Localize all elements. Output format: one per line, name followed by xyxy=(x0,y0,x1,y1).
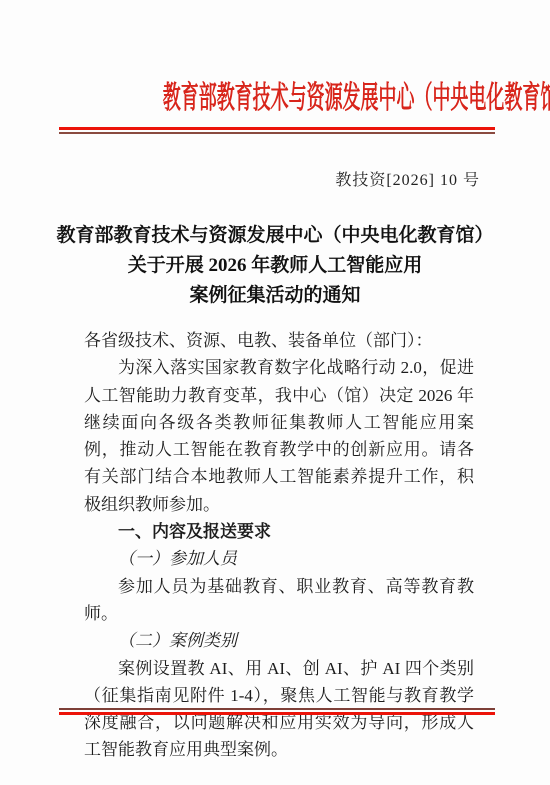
footer-divider-red-stroke xyxy=(59,712,495,715)
footer-divider-dark-stroke xyxy=(59,708,495,710)
letterhead-title: 教育部教育技术与资源发展中心（中央电化教育馆）函件 xyxy=(163,72,550,117)
document-title: 教育部教育技术与资源发展中心（中央电化教育馆） 关于开展 2026 年教师人工智… xyxy=(40,221,510,311)
salutation: 各省级技术、资源、电教、装备单位（部门）： xyxy=(84,327,474,354)
letterhead-banner: 教育部教育技术与资源发展中心（中央电化教育馆）函件 xyxy=(0,72,550,117)
paragraph-participants: 参加人员为基础教育、职业教育、高等教育教师。 xyxy=(84,573,474,628)
subsection-heading-participants: （一）参加人员 xyxy=(84,545,474,572)
paragraph-intro: 为深入落实国家教育数字化战略行动 2.0，促进人工智能助力教育变革，我中心（馆）… xyxy=(84,354,474,518)
subsection-heading-case-categories: （二）案例类别 xyxy=(84,627,474,654)
header-divider-line xyxy=(59,127,495,134)
footer-divider-line xyxy=(59,708,495,715)
document-body: 各省级技术、资源、电教、装备单位（部门）： 为深入落实国家教育数字化战略行动 2… xyxy=(84,327,474,764)
document-number: 教技资[2026] 10 号 xyxy=(335,167,480,190)
section-heading-content-requirements: 一、内容及报送要求 xyxy=(84,518,474,545)
document-title-line-2: 关于开展 2026 年教师人工智能应用 xyxy=(40,251,510,281)
document-page: 教育部教育技术与资源发展中心（中央电化教育馆）函件 教技资[2026] 10 号… xyxy=(0,0,550,785)
header-divider-red-stroke xyxy=(59,127,495,130)
document-title-line-1: 教育部教育技术与资源发展中心（中央电化教育馆） xyxy=(40,221,510,251)
document-title-line-3: 案例征集活动的通知 xyxy=(40,281,510,311)
header-divider-dark-stroke xyxy=(59,132,495,134)
